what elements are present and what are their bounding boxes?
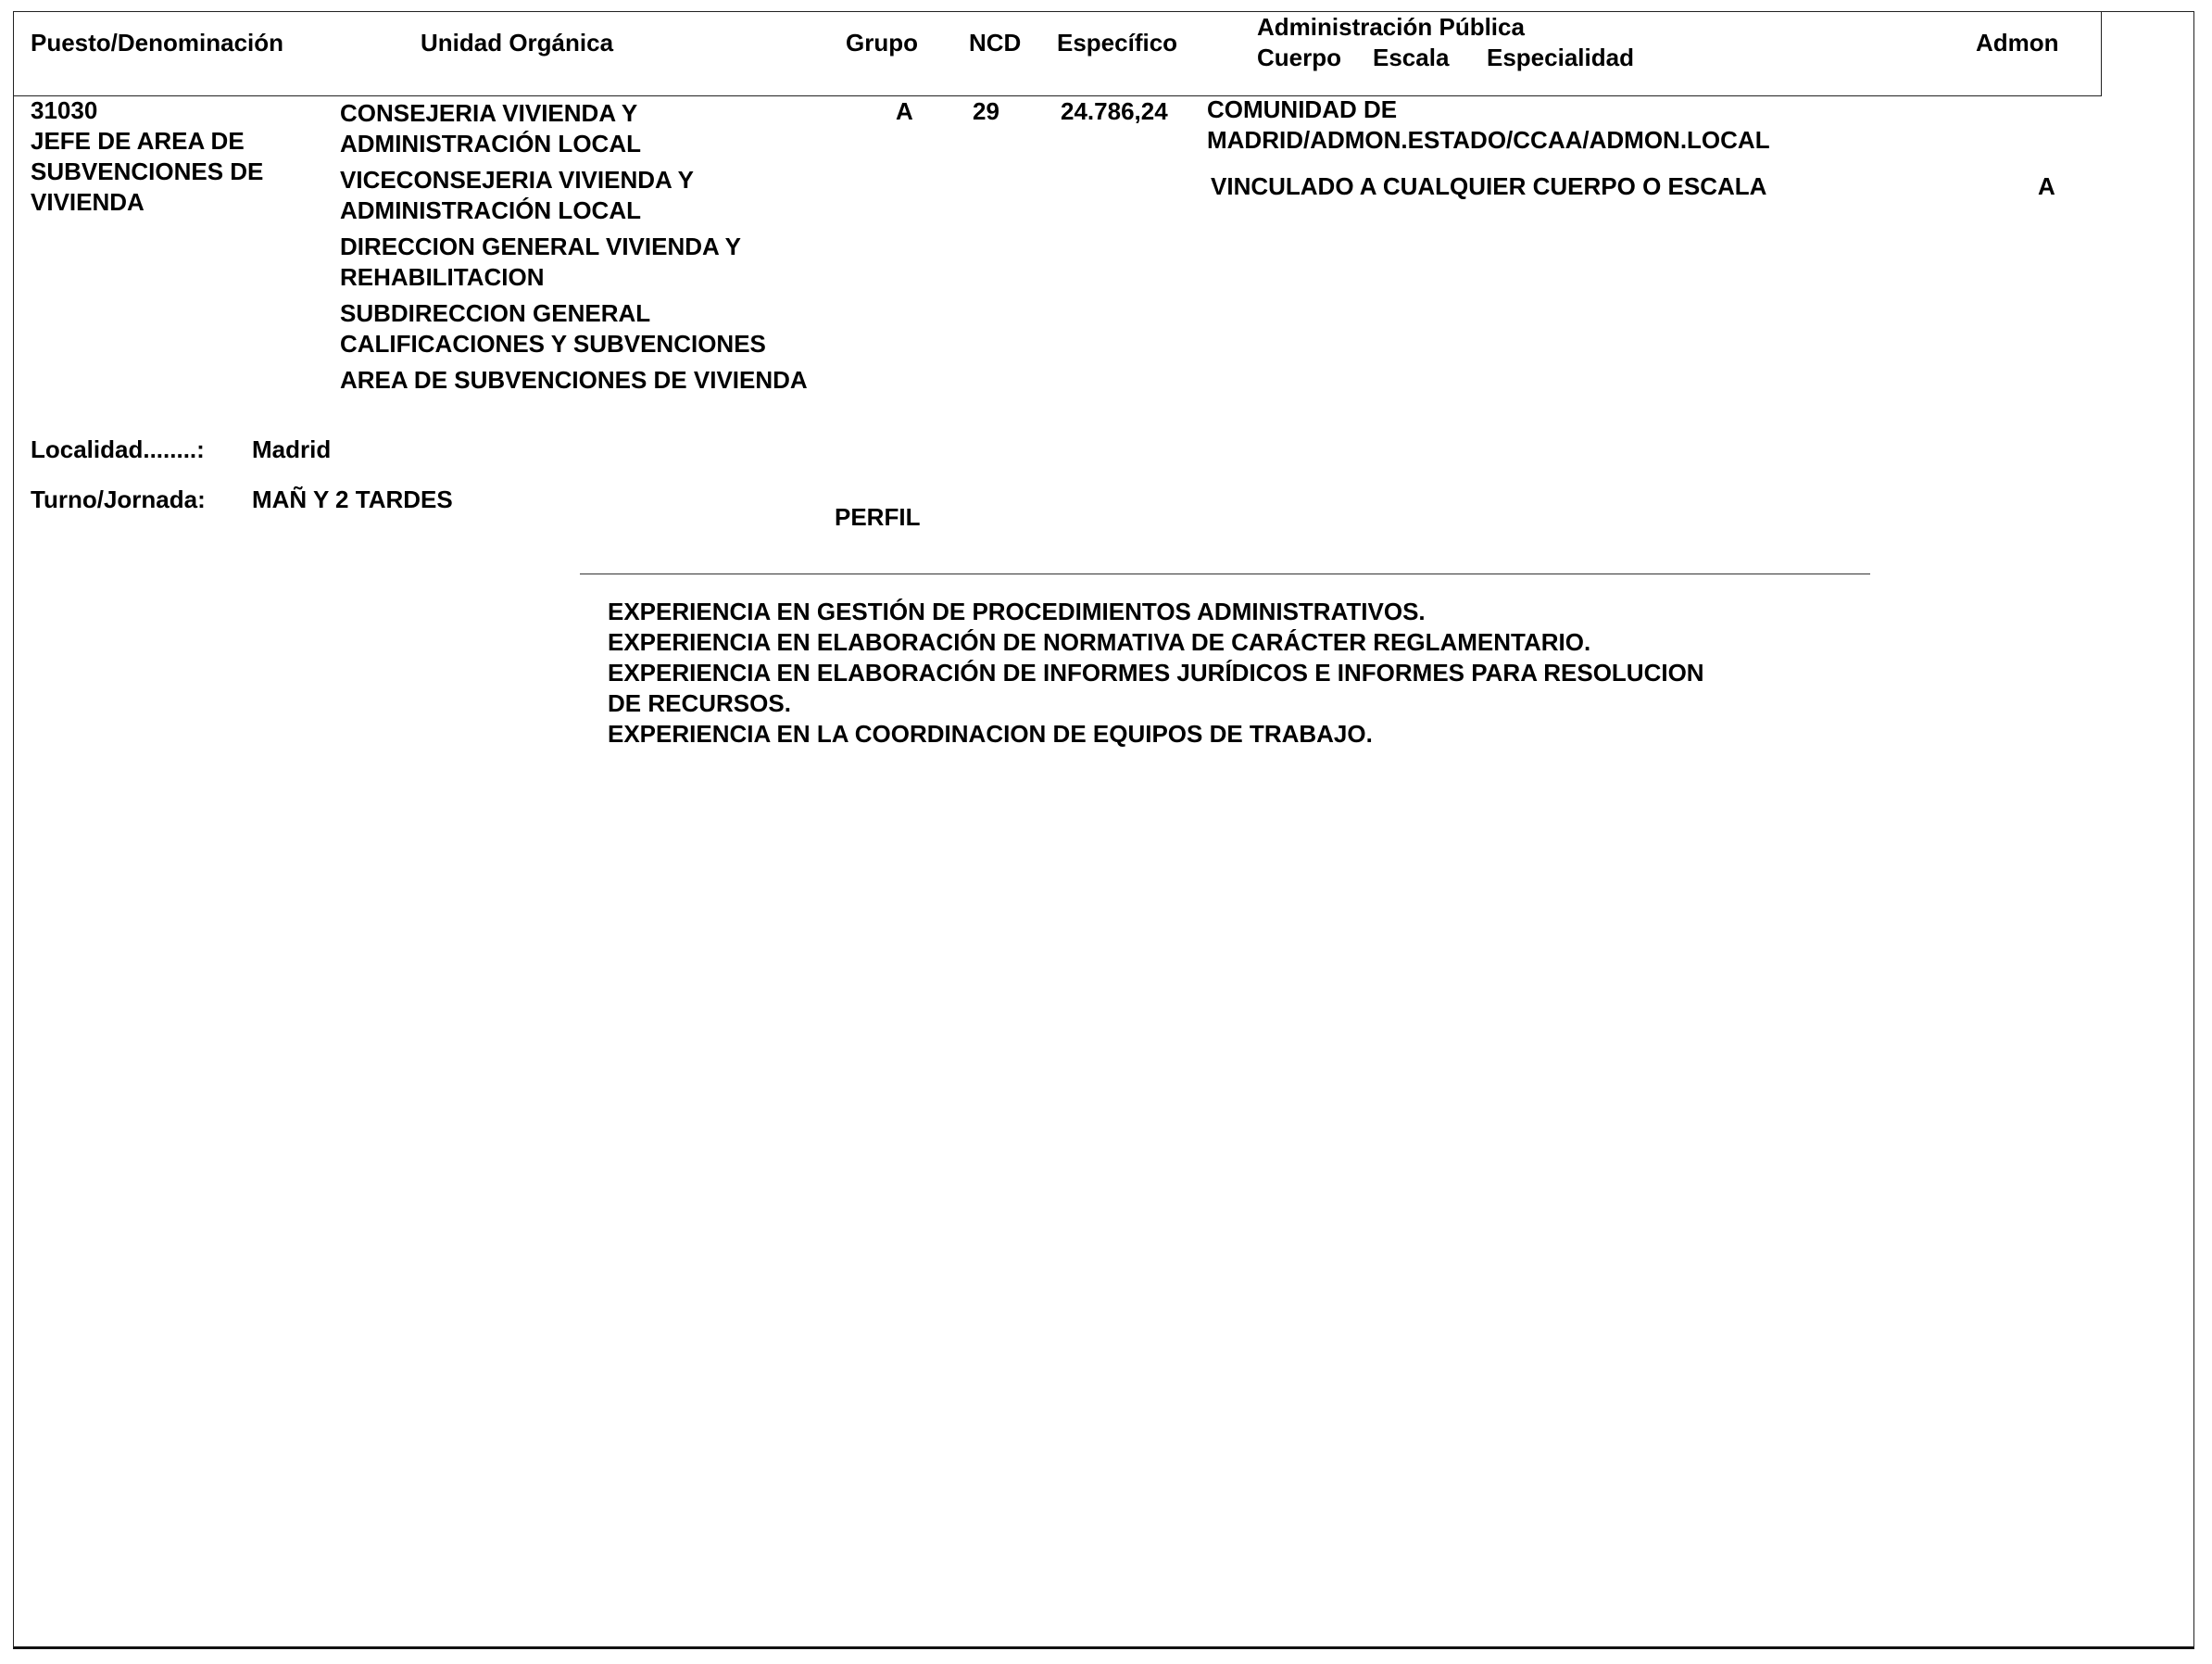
header-administracion-publica: Administración Pública [1257, 15, 1525, 39]
perfil-line: EXPERIENCIA EN ELABORACIÓN DE NORMATIVA … [608, 627, 1704, 658]
unidad-organica-item: SUBDIRECCION GENERAL CALIFICACIONES Y SU… [340, 298, 808, 359]
admon-value: A [2038, 174, 2055, 198]
header-ncd: NCD [969, 31, 1021, 55]
unidad-line: DIRECCION GENERAL VIVIENDA Y [340, 232, 808, 262]
header-especialidad: Especialidad [1487, 45, 1634, 69]
header-unidad-organica: Unidad Orgánica [421, 31, 613, 55]
perfil-title: PERFIL [835, 505, 920, 529]
unidad-line: AREA DE SUBVENCIONES DE VIVIENDA [340, 365, 808, 396]
denominacion-line: VIVIENDA [31, 187, 263, 218]
perfil-line: EXPERIENCIA EN ELABORACIÓN DE INFORMES J… [608, 658, 1704, 688]
unidad-organica-item: CONSEJERIA VIVIENDA Y ADMINISTRACIÓN LOC… [340, 98, 808, 159]
unidad-line: VICECONSEJERIA VIVIENDA Y [340, 165, 808, 195]
unidad-line: REHABILITACION [340, 262, 808, 293]
administracion-publica-cell: COMUNIDAD DE MADRID/ADMON.ESTADO/CCAA/AD… [1207, 95, 1770, 156]
localidad-label: Localidad........: [31, 437, 205, 461]
header-especifico: Específico [1057, 31, 1177, 55]
unidad-organica-item: AREA DE SUBVENCIONES DE VIVIENDA [340, 365, 808, 396]
header-puesto-denominacion: Puesto/Denominación [31, 31, 283, 55]
especifico-value: 24.786,24 [1061, 99, 1168, 123]
administracion-line: COMUNIDAD DE [1207, 95, 1770, 125]
unidad-line: CONSEJERIA VIVIENDA Y [340, 98, 808, 129]
puesto-codigo: 31030 [31, 95, 263, 126]
grupo-value: A [896, 99, 913, 123]
unidad-line: ADMINISTRACIÓN LOCAL [340, 195, 808, 226]
perfil-list: EXPERIENCIA EN GESTIÓN DE PROCEDIMIENTOS… [608, 597, 1704, 750]
perfil-line: DE RECURSOS. [608, 688, 1704, 719]
localidad-value: Madrid [252, 437, 331, 461]
cuerpo-escala-value: VINCULADO A CUALQUIER CUERPO O ESCALA [1211, 174, 1766, 198]
header-cuerpo: Cuerpo [1257, 45, 1341, 69]
header-grupo: Grupo [846, 31, 918, 55]
unidad-line: ADMINISTRACIÓN LOCAL [340, 129, 808, 159]
unidad-line: SUBDIRECCION GENERAL [340, 298, 808, 329]
turno-label: Turno/Jornada: [31, 487, 206, 511]
puesto-cell: 31030 JEFE DE AREA DE SUBVENCIONES DE VI… [31, 95, 263, 218]
denominacion-line: JEFE DE AREA DE [31, 126, 263, 157]
turno-value: MAÑ Y 2 TARDES [252, 487, 453, 511]
administracion-line: MADRID/ADMON.ESTADO/CCAA/ADMON.LOCAL [1207, 125, 1770, 156]
perfil-line: EXPERIENCIA EN LA COORDINACION DE EQUIPO… [608, 719, 1704, 750]
unidad-organica-cell: CONSEJERIA VIVIENDA Y ADMINISTRACIÓN LOC… [340, 98, 808, 401]
ncd-value: 29 [973, 99, 999, 123]
unidad-organica-item: VICECONSEJERIA VIVIENDA Y ADMINISTRACIÓN… [340, 165, 808, 226]
denominacion-line: SUBVENCIONES DE [31, 157, 263, 187]
perfil-line: EXPERIENCIA EN GESTIÓN DE PROCEDIMIENTOS… [608, 597, 1704, 627]
unidad-line: CALIFICACIONES Y SUBVENCIONES [340, 329, 808, 359]
header-escala: Escala [1373, 45, 1449, 69]
header-admon: Admon [1976, 31, 2059, 55]
perfil-divider [580, 574, 1870, 574]
unidad-organica-item: DIRECCION GENERAL VIVIENDA Y REHABILITAC… [340, 232, 808, 293]
